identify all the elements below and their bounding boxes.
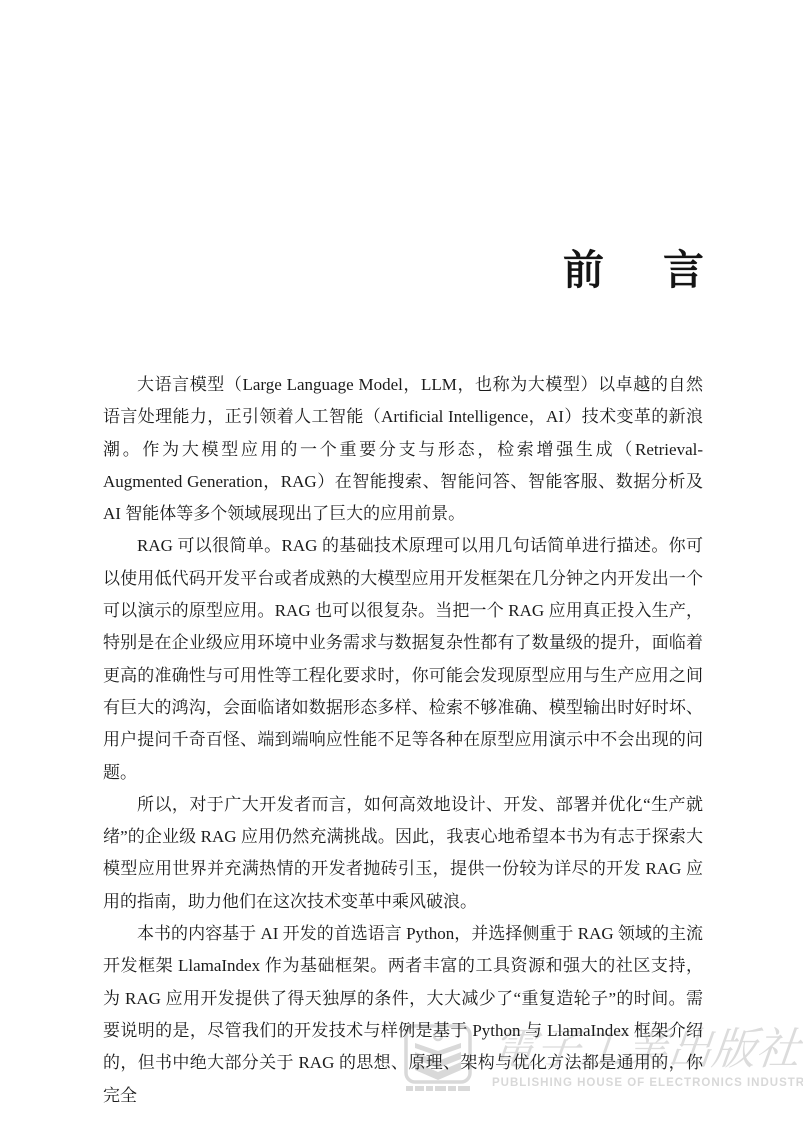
book-preface-page: 前 言 大语言模型（Large Language Model，LLM，也称为大模… xyxy=(0,0,803,1122)
paragraph: RAG 可以很简单。RAG 的基础技术原理可以用几句话简单进行描述。你可以使用低… xyxy=(103,530,703,788)
page-title: 前 言 xyxy=(563,237,713,296)
paragraph: 所以，对于广大开发者而言，如何高效地设计、开发、部署并优化“生产就绪”的企业级 … xyxy=(103,789,703,918)
preface-body: 大语言模型（Large Language Model，LLM，也称为大模型）以卓… xyxy=(103,369,703,1112)
paragraph: 大语言模型（Large Language Model，LLM，也称为大模型）以卓… xyxy=(103,369,703,530)
paragraph: 本书的内容基于 AI 开发的首选语言 Python，并选择侧重于 RAG 领域的… xyxy=(103,918,703,1112)
